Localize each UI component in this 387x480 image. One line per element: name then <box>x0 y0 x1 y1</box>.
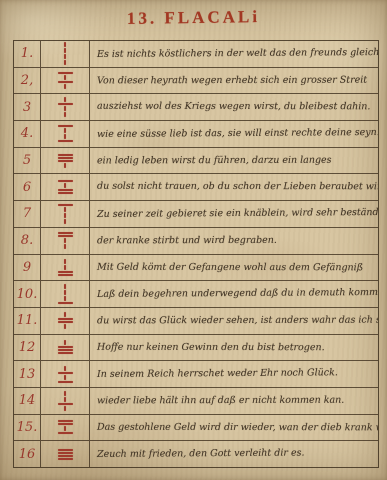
horizontal-bar-mark <box>58 235 73 237</box>
row-text: In seinem Reich herrschet weder Ehr noch… <box>90 360 378 388</box>
row-text: Das gestohlene Geld wird dir wieder, wan… <box>90 414 378 440</box>
table-row: 4.wie eine süsse lieb ist das, sie will … <box>14 121 378 148</box>
row-text: du solst nicht trauen, ob du schon der L… <box>90 174 378 200</box>
row-text: Es ist nichts köstlichers in der welt da… <box>90 40 378 68</box>
horizontal-bar-mark <box>58 381 73 383</box>
row-number: 5 <box>14 148 41 174</box>
row-text: wieder liebe hält ihn auf daß er nicht k… <box>90 388 378 414</box>
horizontal-bar-mark <box>58 302 73 304</box>
symbol-glyph-1221 <box>58 312 73 329</box>
table-row: 10.Laß dein begehren underwegend daß du … <box>14 281 378 308</box>
horizontal-bar-mark <box>58 372 73 374</box>
horizontal-bar-mark <box>58 157 73 159</box>
horizontal-bar-mark <box>58 140 73 142</box>
horizontal-bar-mark <box>58 452 73 454</box>
vertical-dash-mark <box>64 366 66 371</box>
horizontal-bar-mark <box>58 72 73 74</box>
row-number: 4. <box>14 121 41 147</box>
row-number: 13 <box>14 361 41 387</box>
horizontal-bar-mark <box>58 160 73 162</box>
symbol-glyph-2211 <box>58 232 73 249</box>
horizontal-bar-mark <box>58 192 73 194</box>
horizontal-bar-mark <box>58 271 73 273</box>
row-text: Zeuch mit frieden, den Gott verleiht dir… <box>90 440 378 468</box>
table-row: 13In seinem Reich herrschet weder Ehr no… <box>14 361 378 388</box>
divination-symbol <box>41 174 90 200</box>
vertical-dash-mark <box>64 54 66 59</box>
table-row: 15.Das gestohlene Geld wird dir wieder, … <box>14 415 378 442</box>
symbol-glyph-1211 <box>58 97 73 117</box>
row-text: Hoffe nur keinen Gewinn den du bist betr… <box>90 334 378 360</box>
horizontal-bar-mark <box>58 423 73 425</box>
table-row: 11.du wirst das Glück wieder sehen, ist … <box>14 308 378 335</box>
symbol-glyph-2222 <box>58 449 73 460</box>
divination-symbol <box>41 361 90 387</box>
horizontal-bar-mark <box>58 189 73 191</box>
vertical-dash-mark <box>64 375 66 380</box>
vertical-dash-mark <box>64 406 66 411</box>
horizontal-bar-mark <box>58 321 73 323</box>
row-text: Zu seiner zeit gebieret sie ein knäblein… <box>90 200 378 228</box>
vertical-dash-mark <box>64 296 66 301</box>
vertical-dash-mark <box>64 259 66 264</box>
row-text: der kranke stirbt und wird begraben. <box>90 227 378 253</box>
divination-symbol <box>41 228 90 254</box>
vertical-dash-mark <box>64 163 66 168</box>
row-number: 7 <box>14 201 41 227</box>
row-text: ein ledig leben wirst du führen, darzu e… <box>90 147 378 173</box>
table-row: 14wieder liebe hält ihn auf daß er nicht… <box>14 388 378 415</box>
row-number: 10. <box>14 281 41 307</box>
horizontal-bar-mark <box>58 154 73 156</box>
horizontal-bar-mark <box>58 318 73 320</box>
symbol-glyph-1111 <box>64 42 66 65</box>
divination-symbol <box>41 41 90 67</box>
symbol-glyph-1112 <box>58 284 73 304</box>
vertical-dash-mark <box>64 324 66 329</box>
divination-symbol <box>41 121 90 147</box>
fortune-table: 1.Es ist nichts köstlichers in der welt … <box>13 40 379 468</box>
row-number: 9 <box>14 255 41 281</box>
table-row: 1.Es ist nichts köstlichers in der welt … <box>14 41 378 68</box>
divination-symbol <box>41 148 90 174</box>
vertical-dash-mark <box>64 60 66 65</box>
symbol-glyph-1121 <box>58 391 73 411</box>
horizontal-bar-mark <box>58 420 73 422</box>
horizontal-bar-mark <box>58 455 73 457</box>
vertical-dash-mark <box>64 84 66 89</box>
symbol-glyph-2111 <box>58 204 73 224</box>
table-row: 16Zeuch mit frieden, den Gott verleiht d… <box>14 441 378 467</box>
row-text: Mit Geld kömt der Gefangene wohl aus dem… <box>90 254 378 280</box>
row-text: Laß dein begehren underwegend daß du in … <box>90 280 378 308</box>
divination-symbol <box>41 255 90 281</box>
symbol-glyph-1222 <box>58 340 73 354</box>
vertical-dash-mark <box>64 265 66 270</box>
vertical-dash-mark <box>64 284 66 289</box>
vertical-dash-mark <box>64 213 66 218</box>
horizontal-bar-mark <box>58 432 73 434</box>
vertical-dash-mark <box>64 244 66 249</box>
row-number: 14 <box>14 388 41 414</box>
row-number: 1. <box>14 41 41 67</box>
divination-symbol <box>41 281 90 307</box>
divination-symbol <box>41 388 90 414</box>
symbol-glyph-2221 <box>58 154 73 168</box>
row-text: ausziehst wol des Kriegs wegen wirst, du… <box>90 94 378 120</box>
vertical-dash-mark <box>64 183 66 188</box>
horizontal-bar-mark <box>58 125 73 127</box>
table-row: 6du solst nicht trauen, ob du schon der … <box>14 174 378 201</box>
horizontal-bar-mark <box>58 232 73 234</box>
row-number: 6 <box>14 174 41 200</box>
row-text: wie eine süsse lieb ist das, sie will ei… <box>90 120 378 148</box>
row-number: 2, <box>14 68 41 94</box>
horizontal-bar-mark <box>58 449 73 451</box>
horizontal-bar-mark <box>58 458 73 460</box>
vertical-dash-mark <box>64 75 66 80</box>
vertical-dash-mark <box>64 207 66 212</box>
divination-symbol <box>41 68 90 94</box>
vertical-dash-mark <box>64 42 66 47</box>
horizontal-bar-mark <box>58 103 73 105</box>
symbol-glyph-2122 <box>58 180 73 194</box>
horizontal-bar-mark <box>58 274 73 276</box>
table-row: 5ein ledig leben wirst du führen, darzu … <box>14 148 378 175</box>
horizontal-bar-mark <box>58 81 73 83</box>
table-row: 3ausziehst wol des Kriegs wegen wirst, d… <box>14 94 378 121</box>
horizontal-bar-mark <box>58 180 73 182</box>
horizontal-bar-mark <box>58 349 73 351</box>
vertical-dash-mark <box>64 219 66 224</box>
horizontal-bar-mark <box>58 352 73 354</box>
horizontal-bar-mark <box>58 346 73 348</box>
row-text: Von dieser heyrath wegen erhebt sich ein… <box>90 67 378 93</box>
row-number: 8. <box>14 228 41 254</box>
table-row: 2,Von dieser heyrath wegen erhebt sich e… <box>14 68 378 95</box>
vertical-dash-mark <box>64 290 66 295</box>
table-row: 7Zu seiner zeit gebieret sie ein knäblei… <box>14 201 378 228</box>
vertical-dash-mark <box>64 48 66 53</box>
vertical-dash-mark <box>64 238 66 243</box>
row-number: 16 <box>14 441 41 467</box>
vertical-dash-mark <box>64 97 66 102</box>
horizontal-bar-mark <box>58 403 73 405</box>
vertical-dash-mark <box>64 134 66 139</box>
table-row: 12Hoffe nur keinen Gewinn den du bist be… <box>14 335 378 362</box>
row-number: 11. <box>14 308 41 334</box>
vertical-dash-mark <box>64 312 66 317</box>
row-number: 3 <box>14 94 41 120</box>
vertical-dash-mark <box>64 128 66 133</box>
vertical-dash-mark <box>64 112 66 117</box>
symbol-glyph-2121 <box>58 72 73 89</box>
table-row: 8.der kranke stirbt und wird begraben. <box>14 228 378 255</box>
horizontal-bar-mark <box>58 204 73 206</box>
vertical-dash-mark <box>64 426 66 431</box>
row-number: 15. <box>14 415 41 441</box>
divination-symbol <box>41 441 90 467</box>
row-text: du wirst das Glück wieder sehen, ist and… <box>90 307 378 333</box>
divination-symbol <box>41 308 90 334</box>
vertical-dash-mark <box>64 397 66 402</box>
divination-symbol <box>41 415 90 441</box>
vertical-dash-mark <box>64 340 66 345</box>
symbol-glyph-2112 <box>58 125 73 142</box>
table-row: 9Mit Geld kömt der Gefangene wohl aus de… <box>14 255 378 282</box>
vertical-dash-mark <box>64 391 66 396</box>
vertical-dash-mark <box>64 106 66 111</box>
divination-symbol <box>41 335 90 361</box>
symbol-glyph-2212 <box>58 420 73 434</box>
symbol-glyph-1212 <box>58 366 73 383</box>
row-number: 12 <box>14 335 41 361</box>
symbol-glyph-1122 <box>58 259 73 276</box>
divination-symbol <box>41 94 90 120</box>
divination-symbol <box>41 201 90 227</box>
